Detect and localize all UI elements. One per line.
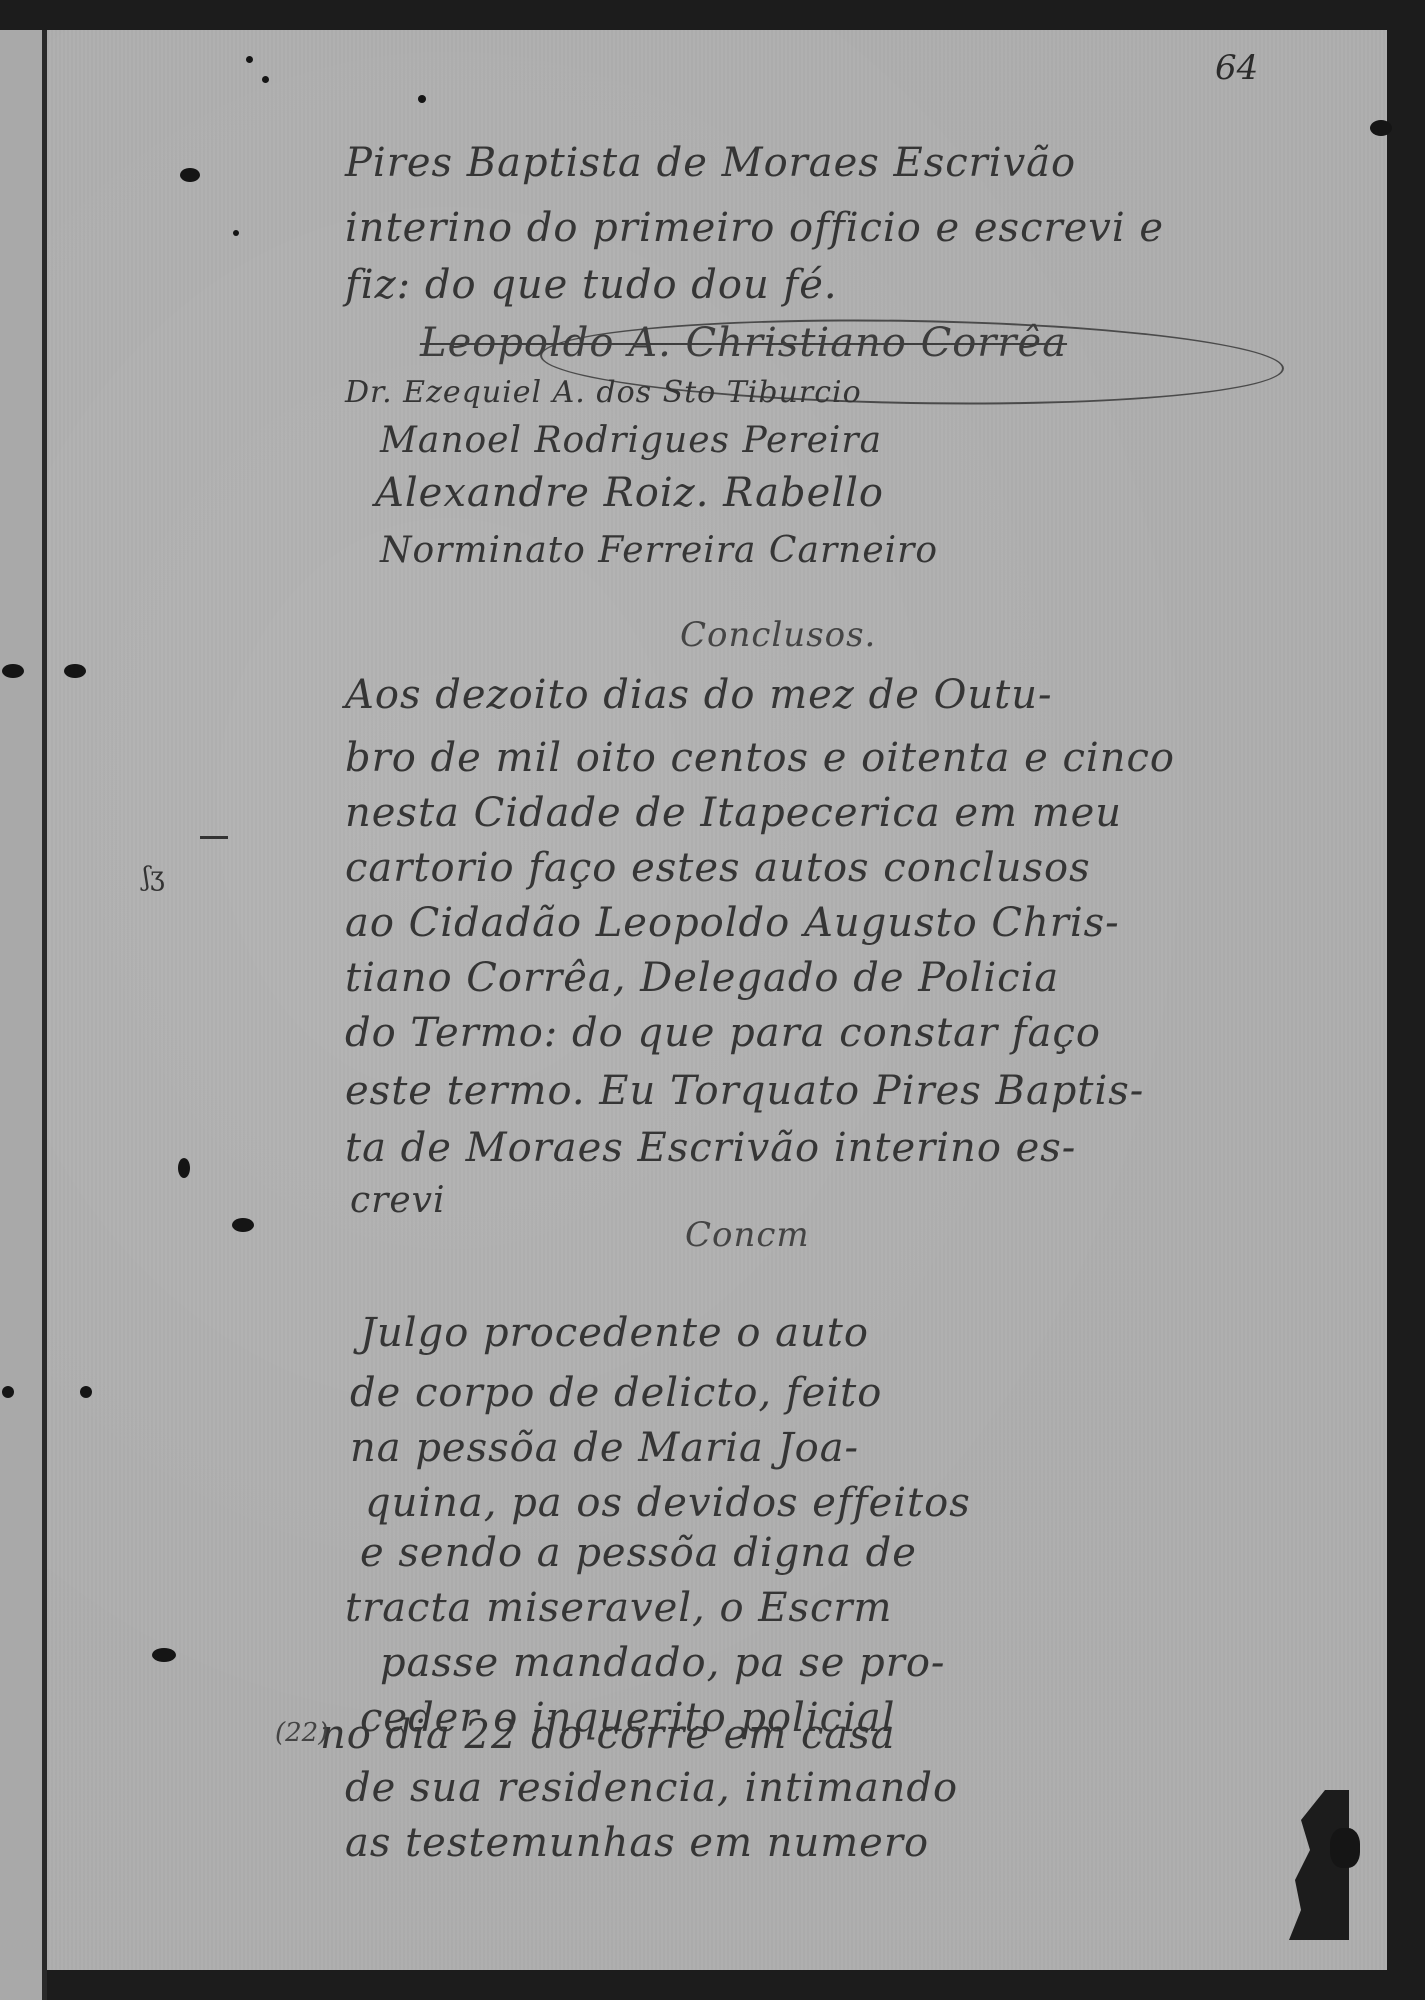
struck-signature: Leopoldo A. Christiano Corrêa xyxy=(420,320,1067,366)
ink-blot xyxy=(152,1648,176,1662)
ink-speck xyxy=(80,1386,92,1398)
manuscript-line: cartorio faço estes autos conclusos xyxy=(345,845,1091,891)
manuscript-line: passe mandado, pa se pro- xyxy=(380,1640,945,1686)
margin-dash xyxy=(200,836,228,839)
folio-number: 64 xyxy=(1215,48,1258,88)
manuscript-line: este termo. Eu Torquato Pires Baptis- xyxy=(345,1068,1144,1114)
margin-annotation: (22) xyxy=(275,1718,328,1748)
manuscript-line: Pires Baptista de Moraes Escrivão xyxy=(345,140,1076,186)
manuscript-line: tracta miseravel, o Escrm xyxy=(345,1585,892,1631)
manuscript-line: as testemunhas em numero xyxy=(345,1820,929,1866)
ink-speck xyxy=(418,95,426,103)
manuscript-line: bro de mil oito centos e oitenta e cinco xyxy=(345,735,1175,781)
manuscript-line: tiano Corrêa, Delegado de Policia xyxy=(345,955,1059,1001)
ink-blot xyxy=(64,664,86,678)
manuscript-line: fiz: do que tudo dou fé. xyxy=(345,262,838,308)
manuscript-line: interino do primeiro officio e escrevi e xyxy=(345,205,1164,251)
manuscript-line: crevi xyxy=(350,1180,446,1221)
ink-speck xyxy=(262,76,269,83)
ink-blot xyxy=(178,1158,190,1178)
manuscript-line: Julgo procedente o auto xyxy=(360,1310,869,1356)
facing-page-edge xyxy=(0,30,42,2000)
ink-blot xyxy=(232,1218,254,1232)
section-heading: Concm xyxy=(685,1215,810,1255)
section-heading: Conclusos. xyxy=(680,615,876,655)
ink-speck xyxy=(2,1386,14,1398)
manuscript-line: ta de Moraes Escrivão interino es- xyxy=(345,1125,1076,1171)
manuscript-line: na pessõa de Maria Joa- xyxy=(350,1425,859,1471)
signature-line: Dr. Ezequiel A. dos Sto Tiburcio xyxy=(345,375,862,410)
signature-line: Alexandre Roiz. Rabello xyxy=(375,470,884,516)
manuscript-line: ao Cidadão Leopoldo Augusto Chris- xyxy=(345,900,1120,946)
manuscript-line: de corpo de delicto, feito xyxy=(350,1370,882,1416)
manuscript-line: no dia 22 do corre em casa xyxy=(320,1712,896,1758)
ink-blot xyxy=(1370,120,1392,136)
margin-scribble: ʃʒ xyxy=(143,862,165,892)
ink-blot xyxy=(180,168,200,182)
manuscript-line: Aos dezoito dias do mez de Outu- xyxy=(345,672,1053,718)
signature-line: Manoel Rodrigues Pereira xyxy=(380,420,882,461)
ink-speck xyxy=(246,56,253,63)
manuscript-line: do Termo: do que para constar faço xyxy=(345,1010,1101,1056)
ink-blot xyxy=(2,664,24,678)
signature-line: Norminato Ferreira Carneiro xyxy=(380,530,938,571)
manuscript-line: nesta Cidade de Itapecerica em meu xyxy=(345,790,1122,836)
manuscript-line: e sendo a pessõa digna de xyxy=(360,1530,917,1576)
manuscript-line: quina, pa os devidos effeitos xyxy=(365,1480,971,1526)
manuscript-line: de sua residencia, intimando xyxy=(345,1765,958,1811)
ink-speck xyxy=(233,230,239,236)
ink-blot xyxy=(1330,1828,1360,1868)
